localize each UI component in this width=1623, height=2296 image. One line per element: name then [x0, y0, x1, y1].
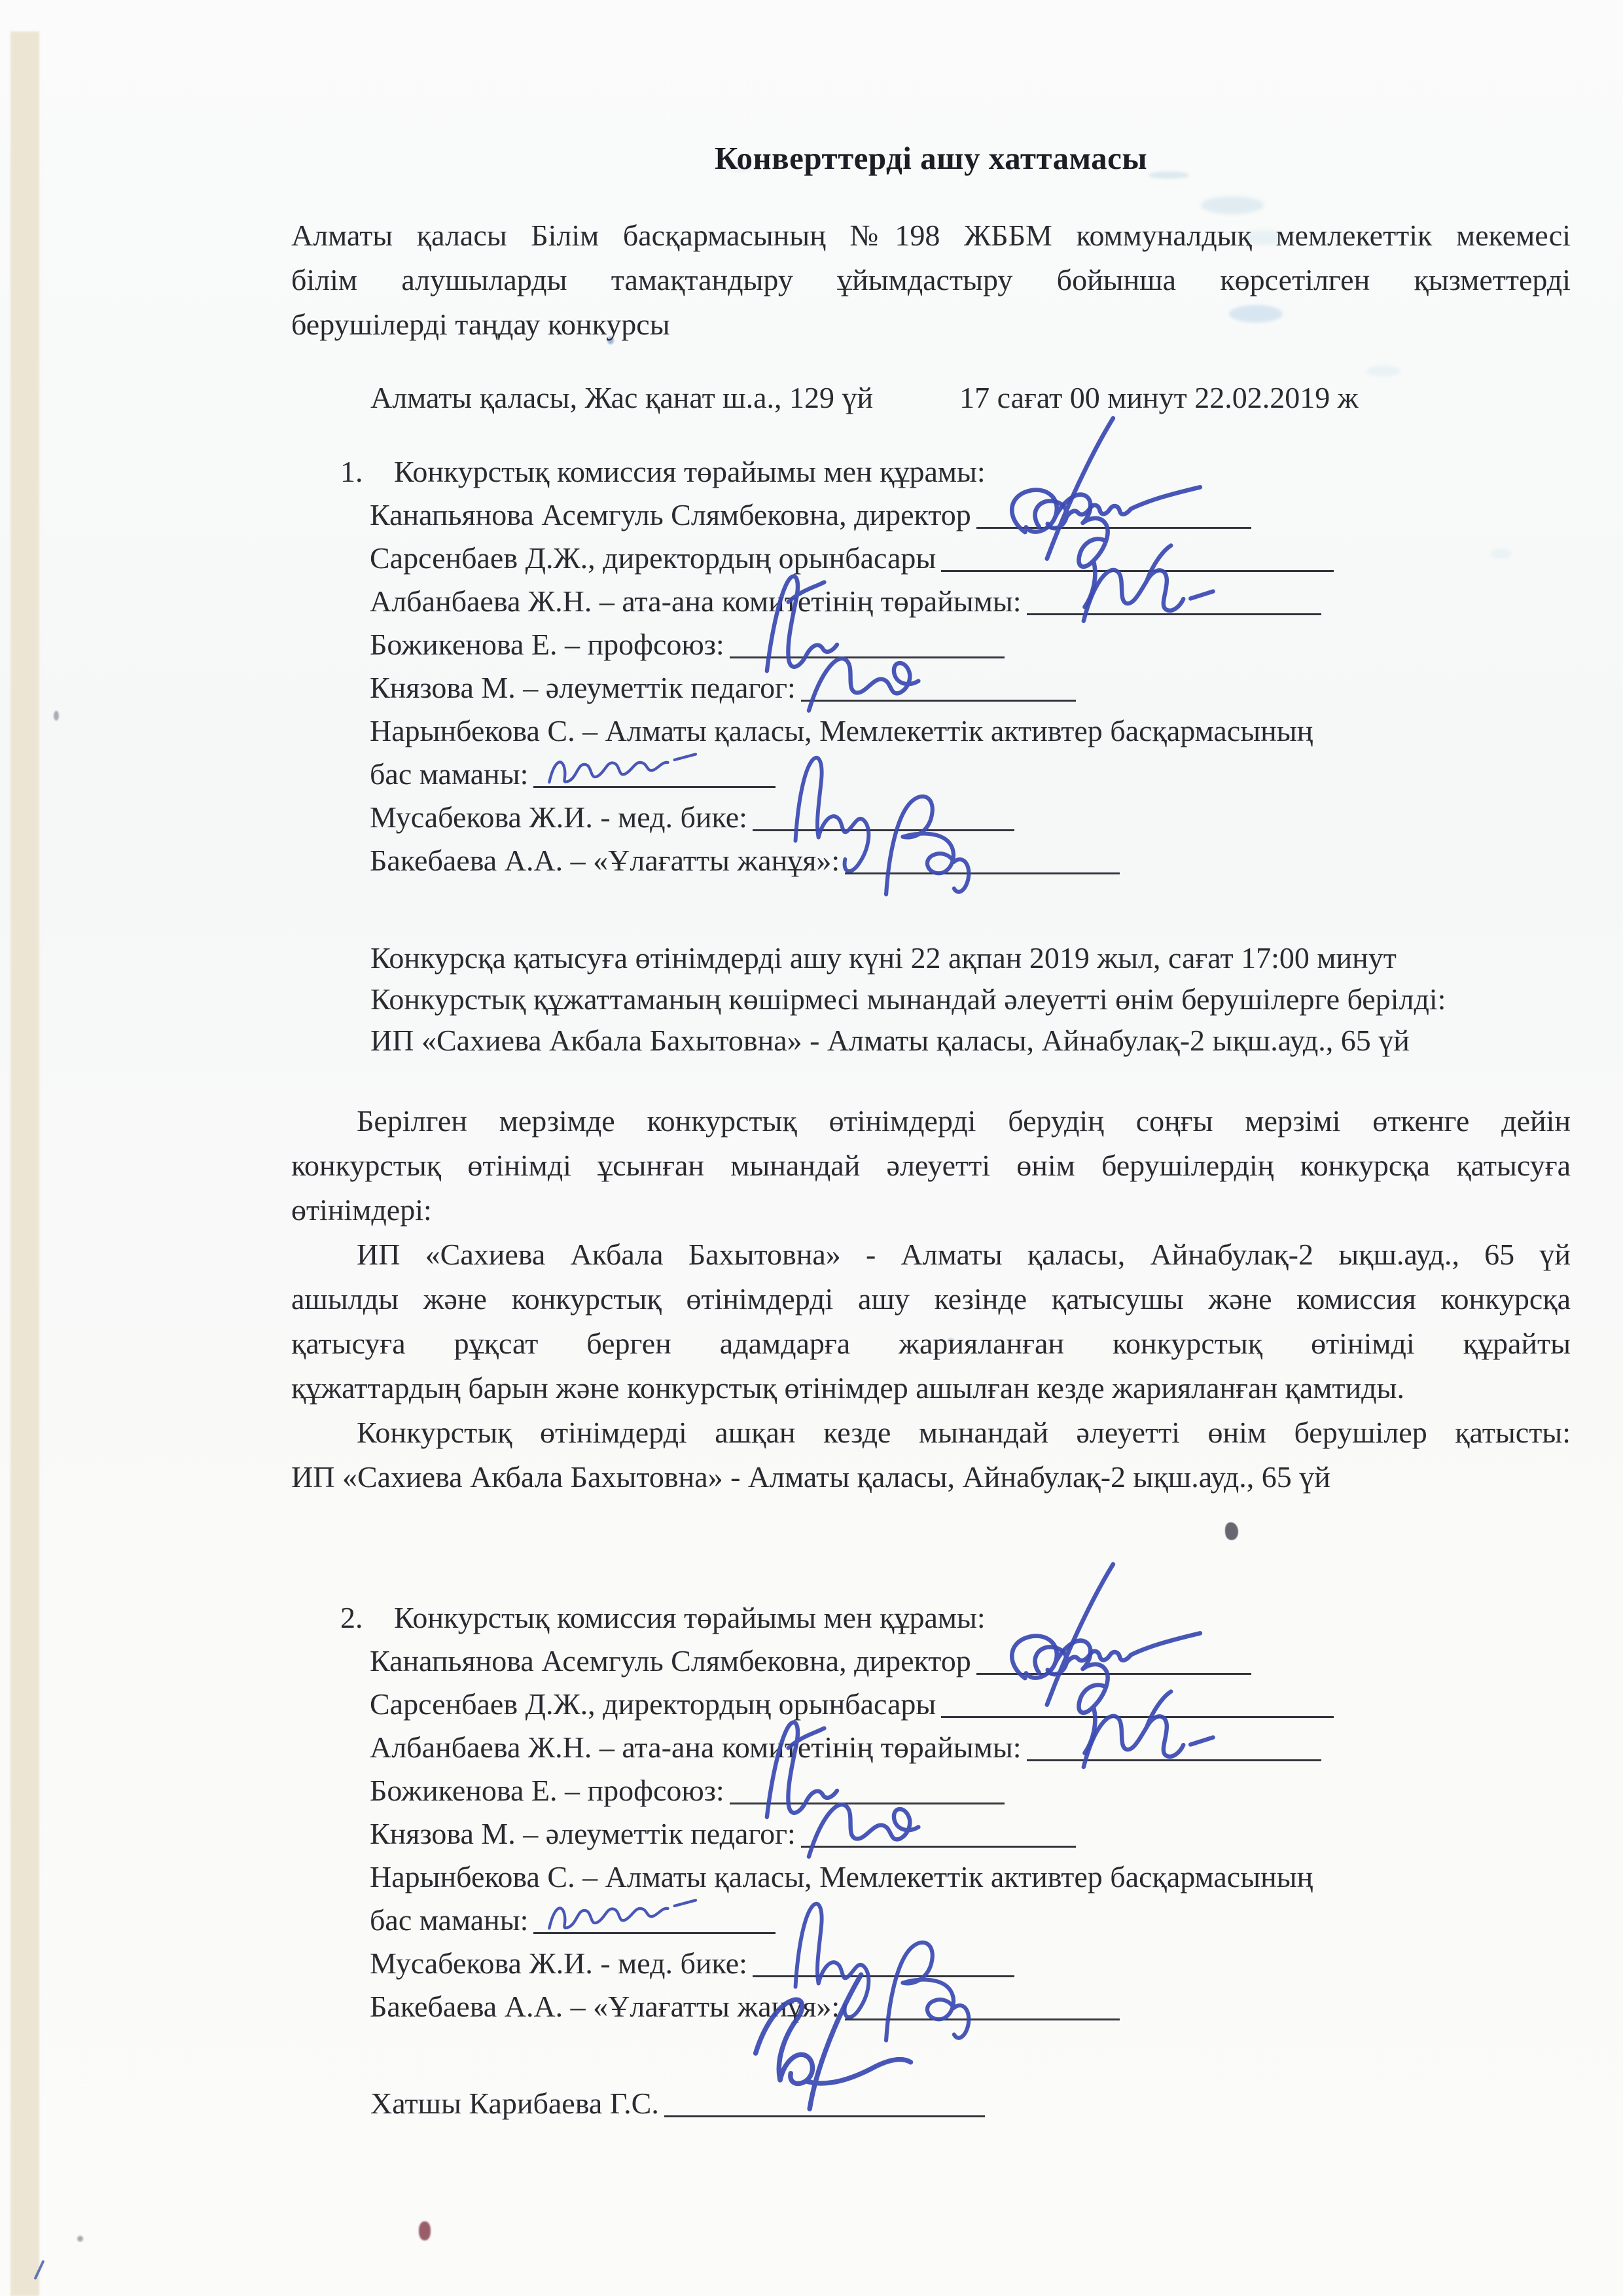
committee-member-label: Мусабекова Ж.И. - мед. бике:: [370, 800, 747, 834]
place-date-line: Алматы қаласы, Жас қанат ш.а., 129 үй17 …: [291, 378, 1571, 418]
opening-block: Конкурсқа қатысуға өтінімдерді ашу күні …: [291, 937, 1571, 1061]
section-heading: 1.Конкурстық комиссия төрайымы мен құрам…: [291, 450, 1571, 493]
text-line: ИП «Сахиева Акбала Бахытовна» - Алматы қ…: [291, 1232, 1571, 1277]
commission-section-2: 2.Конкурстық комиссия төрайымы мен құрам…: [291, 1596, 1571, 2028]
committee-member-label: Князова М. – әлеуметтік педагог:: [370, 671, 796, 704]
section-heading-text: Конкурстық комиссия төрайымы мен құрамы:: [394, 450, 986, 493]
committee-member-label: Канапьянова Асемгуль Слямбековна, директ…: [370, 498, 971, 531]
signature-line: [801, 1840, 1076, 1848]
text-line: құжаттардың барын және конкурстық өтінім…: [291, 1366, 1571, 1410]
signature-line: [976, 521, 1251, 529]
signature-line: [941, 564, 1334, 572]
text-line: білім алушыларды тамақтандыру ұйымдастыр…: [291, 258, 1571, 302]
committee-member-label: Князова М. – әлеуметтік педагог:: [370, 1817, 796, 1850]
commission-section-1: 1.Конкурстық комиссия төрайымы мен құрам…: [291, 450, 1571, 882]
committee-member-row: Сарсенбаев Д.Ж., директордың орынбасары: [291, 537, 1571, 580]
document-title: Конверттерді ашу хаттамасы: [291, 139, 1571, 178]
committee-member-label: Албанбаева Ж.Н. – ата-ана комитетінің тө…: [370, 1731, 1022, 1764]
committee-member-row: Мусабекова Ж.И. - мед. бике:: [291, 1942, 1571, 1985]
signature-line: [753, 823, 1014, 831]
section-number: 2.: [340, 1596, 394, 1640]
committee-member-row: Нарынбекова С. – Алматы қаласы, Мемлекет…: [291, 709, 1571, 753]
signature-line: [845, 2013, 1120, 2020]
scan-artifact: [77, 2236, 83, 2242]
signature-line: [730, 1797, 1005, 1804]
text-line: Алматы қаласы Білім басқармасының №198 Ж…: [291, 213, 1571, 258]
text-line: қатысуға рұқсат берген адамдарға жарияла…: [291, 1321, 1571, 1366]
signature-line: [845, 867, 1120, 874]
text-line: Конкурсқа қатысуға өтінімдерді ашу күні …: [291, 937, 1571, 978]
committee-member-row: Князова М. – әлеуметтік педагог:: [291, 1812, 1571, 1856]
text-line: Конкурстық құжаттаманың көшірмесі мынанд…: [291, 978, 1571, 1020]
signature-line: [664, 2109, 985, 2117]
signature-line: [801, 694, 1076, 702]
signature-line: [753, 1969, 1014, 1977]
signature-line: [533, 1926, 776, 1934]
attendees-paragraph: Конкурстық өтінімдерді ашқан кезде мынан…: [291, 1410, 1571, 1499]
text-line: Берілген мерзімде конкурстық өтінімдерді…: [291, 1099, 1571, 1143]
signature-line: [533, 780, 776, 788]
intro-paragraph: Алматы қаласы Білім басқармасының №198 Ж…: [291, 213, 1571, 347]
committee-member-row: Канапьянова Асемгуль Слямбековна, директ…: [291, 1640, 1571, 1683]
scan-artifact: [419, 2221, 431, 2240]
committee-member-label: Нарынбекова С. – Алматы қаласы, Мемлекет…: [370, 714, 1313, 747]
text-line: ИП «Сахиева Акбала Бахытовна» - Алматы қ…: [291, 1455, 1571, 1499]
committee-member-label: Божикенова Е. – профсоюз:: [370, 628, 724, 661]
committee-member-label: Божикенова Е. – профсоюз:: [370, 1774, 724, 1807]
place-text: Алматы қаласы, Жас қанат ш.а., 129 үй: [370, 381, 873, 414]
scan-edge-strip: [10, 31, 39, 2296]
text-line: конкурстық өтінімді ұсынған мынандай әле…: [291, 1143, 1571, 1188]
committee-member-row: бас маманы:: [291, 1899, 1571, 1942]
text-line: берушілерді таңдау конкурсы: [291, 302, 1571, 347]
signature-line: [941, 1710, 1334, 1718]
scan-artifact: [54, 711, 59, 721]
committee-member-label: бас маманы:: [370, 757, 528, 791]
committee-member-label: Албанбаева Ж.Н. – ата-ана комитетінің тө…: [370, 584, 1022, 618]
deadline-paragraph: Берілген мерзімде конкурстық өтінімдерді…: [291, 1099, 1571, 1232]
text-line: ашылды және конкурстық өтінімдерді ашу к…: [291, 1277, 1571, 1321]
committee-member-label: Мусабекова Ж.И. - мед. бике:: [370, 1946, 747, 1980]
committee-member-row: Князова М. – әлеуметтік педагог:: [291, 666, 1571, 709]
committee-member-row: Божикенова Е. – профсоюз:: [291, 623, 1571, 666]
secretary-label: Хатшы Карибаева Г.С.: [370, 2087, 659, 2120]
signature-line: [1027, 607, 1321, 615]
committee-member-label: Сарсенбаев Д.Ж., директордың орынбасары: [370, 1687, 936, 1721]
secretary-line: Хатшы Карибаева Г.С.: [291, 2082, 1571, 2125]
committee-member-row: Бакебаева А.А. – «Ұлағатты жанұя»:: [291, 1985, 1571, 2028]
signature-line: [1027, 1753, 1321, 1761]
opened-bids-paragraph: ИП «Сахиева Акбала Бахытовна» - Алматы қ…: [291, 1232, 1571, 1410]
committee-member-label: Бакебаева А.А. – «Ұлағатты жанұя»:: [370, 844, 840, 877]
committee-member-row: Нарынбекова С. – Алматы қаласы, Мемлекет…: [291, 1856, 1571, 1899]
committee-member-label: Канапьянова Асемгуль Слямбековна, директ…: [370, 1644, 971, 1677]
signature-line: [976, 1667, 1251, 1675]
committee-member-row: Сарсенбаев Д.Ж., директордың орынбасары: [291, 1683, 1571, 1726]
text-line: ИП «Сахиева Акбала Бахытовна» - Алматы қ…: [291, 1020, 1571, 1061]
committee-member-row: бас маманы:: [291, 753, 1571, 796]
committee-member-row: Божикенова Е. – профсоюз:: [291, 1769, 1571, 1812]
committee-member-label: Нарынбекова С. – Алматы қаласы, Мемлекет…: [370, 1860, 1313, 1893]
committee-member-label: Сарсенбаев Д.Ж., директордың орынбасары: [370, 541, 936, 575]
committee-member-label: Бакебаева А.А. – «Ұлағатты жанұя»:: [370, 1990, 840, 2023]
text-line: Конкурстық өтінімдерді ашқан кезде мынан…: [291, 1410, 1571, 1455]
committee-member-row: Мусабекова Ж.И. - мед. бике:: [291, 796, 1571, 839]
datetime-text: 17 сағат 00 минут 22.02.2019 ж: [959, 381, 1358, 414]
section-number: 1.: [340, 450, 394, 493]
scanned-protocol-page: Конверттерді ашу хаттамасы Алматы қаласы…: [0, 0, 1623, 2296]
committee-member-row: Бакебаева А.А. – «Ұлағатты жанұя»:: [291, 839, 1571, 882]
committee-member-row: Канапьянова Асемгуль Слямбековна, директ…: [291, 493, 1571, 537]
signature-line: [730, 651, 1005, 658]
section-heading-text: Конкурстық комиссия төрайымы мен құрамы:: [394, 1596, 986, 1640]
document-body: Конверттерді ашу хаттамасы Алматы қаласы…: [291, 139, 1571, 2125]
section-heading: 2.Конкурстық комиссия төрайымы мен құрам…: [291, 1596, 1571, 1640]
committee-member-row: Албанбаева Ж.Н. – ата-ана комитетінің тө…: [291, 1726, 1571, 1769]
text-line: өтінімдері:: [291, 1188, 1571, 1232]
committee-member-label: бас маманы:: [370, 1903, 528, 1937]
committee-member-row: Албанбаева Ж.Н. – ата-ана комитетінің тө…: [291, 580, 1571, 623]
